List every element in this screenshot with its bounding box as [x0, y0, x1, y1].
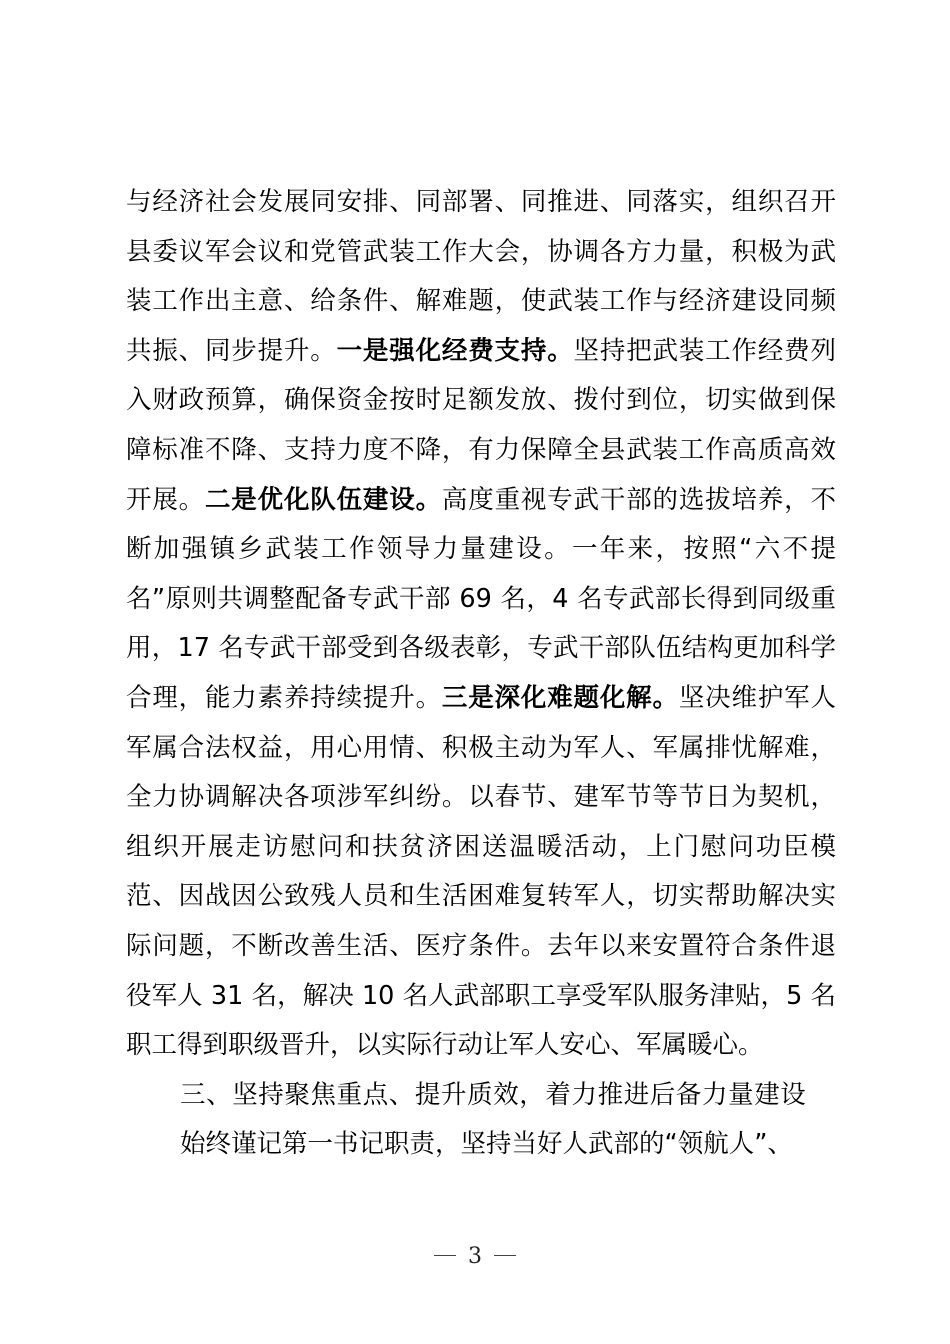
paragraph-line: 名”原则共调整配备专武干部 69 名，4 名专武部长得到同级重: [126, 575, 836, 625]
text-run: 开展。: [126, 485, 205, 515]
paragraph-line: 用，17 名专武干部受到各级表彰，专武干部队伍结构更加科学: [126, 624, 836, 674]
paragraph-line: 开展。二是优化队伍建设。高度重视专武干部的选拔培养，不: [126, 476, 836, 526]
paragraph-line: 断加强镇乡武装工作领导力量建设。一年来，按照“六不提: [126, 525, 836, 575]
bold-subheading-funding: 一是强化经费支持。: [337, 336, 574, 366]
text-run: 障标准不降、支持力度不降，有力保障全县武装工作高质高效: [126, 435, 836, 465]
dash-left: [434, 1255, 456, 1256]
paragraph-line: 障标准不降、支持力度不降，有力保障全县武装工作高质高效: [126, 426, 836, 476]
text-run: 范、因战因公致残人员和生活困难复转军人，切实帮助解决实: [126, 881, 836, 911]
text-run: 役军人 31 名，解决 10 名人武部职工享受军队服务津贴，5 名: [126, 981, 836, 1011]
paragraph-line: 全力协调解决各项涉军纠纷。以春节、建军节等节日为契机，: [126, 773, 836, 823]
paragraph-line: 入财政预算，确保资金按时足额发放、拨付到位，切实做到保: [126, 376, 836, 426]
text-run: 共振、同步提升。: [126, 336, 337, 366]
text-run: 名”原则共调整配备专武干部 69 名，4 名专武部长得到同级重: [126, 584, 836, 614]
section-heading: 三、坚持聚焦重点、提升质效，着力推进后备力量建设: [126, 1071, 836, 1121]
paragraph-line: 与经济社会发展同安排、同部署、同推进、同落实，组织召开: [126, 178, 836, 228]
paragraph-line: 合理，能力素养持续提升。三是深化难题化解。坚决维护军人: [126, 674, 836, 724]
text-run: 高度重视专武干部的选拔培养，不: [442, 485, 836, 515]
text-run: 组织开展走访慰问和扶贫济困送温暖活动，上门慰问功臣模: [126, 832, 836, 862]
page-number: 3: [468, 1244, 482, 1269]
text-run: 际问题，不断改善生活、医疗条件。去年以来安置符合条件退: [126, 931, 836, 961]
document-body: 与经济社会发展同安排、同部署、同推进、同落实，组织召开 县委议军会议和党管武装工…: [126, 178, 836, 1170]
paragraph-line: 始终谨记第一书记职责，坚持当好人武部的“领航人”、: [126, 1120, 836, 1170]
dash-right: [494, 1255, 516, 1256]
paragraph-line: 组织开展走访慰问和扶贫济困送温暖活动，上门慰问功臣模: [126, 823, 836, 873]
text-run: 坚决维护军人: [679, 683, 836, 713]
paragraph-line: 范、因战因公致残人员和生活困难复转军人，切实帮助解决实: [126, 872, 836, 922]
text-run: 入财政预算，确保资金按时足额发放、拨付到位，切实做到保: [126, 385, 836, 415]
text-run: 与经济社会发展同安排、同部署、同推进、同落实，组织召开: [126, 187, 836, 217]
paragraph-line: 役军人 31 名，解决 10 名人武部职工享受军队服务津贴，5 名: [126, 972, 836, 1022]
text-run: 装工作出主意、给条件、解难题，使武装工作与经济建设同频: [126, 286, 836, 316]
paragraph-line: 装工作出主意、给条件、解难题，使武装工作与经济建设同频: [126, 277, 836, 327]
text-run: 全力协调解决各项涉军纠纷。以春节、建军节等节日为契机，: [126, 782, 836, 812]
paragraph-line: 军属合法权益，用心用情、积极主动为军人、军属排忧解难，: [126, 724, 836, 774]
page-footer: 3: [0, 1244, 950, 1269]
paragraph-line: 际问题，不断改善生活、医疗条件。去年以来安置符合条件退: [126, 922, 836, 972]
text-run: 坚持把武装工作经费列: [574, 336, 836, 366]
document-page: 与经济社会发展同安排、同部署、同推进、同落实，组织召开 县委议军会议和党管武装工…: [0, 0, 950, 1344]
paragraph-line: 县委议军会议和党管武装工作大会，协调各方力量，积极为武: [126, 228, 836, 278]
text-run: 用，17 名专武干部受到各级表彰，专武干部队伍结构更加科学: [126, 633, 836, 663]
text-run: 合理，能力素养持续提升。: [126, 683, 442, 713]
text-run: 职工得到职级晋升，以实际行动让军人安心、军属暖心。: [126, 1030, 764, 1060]
paragraph-line: 共振、同步提升。一是强化经费支持。坚持把武装工作经费列: [126, 327, 836, 377]
bold-subheading-team: 二是优化队伍建设。: [205, 485, 442, 515]
text-run: 断加强镇乡武装工作领导力量建设。一年来，按照“六不提: [126, 534, 836, 564]
bold-subheading-problems: 三是深化难题化解。: [442, 683, 679, 713]
paragraph-line: 职工得到职级晋升，以实际行动让军人安心、军属暖心。: [126, 1021, 836, 1071]
text-run: 县委议军会议和党管武装工作大会，协调各方力量，积极为武: [126, 237, 836, 267]
text-run: 军属合法权益，用心用情、积极主动为军人、军属排忧解难，: [126, 733, 836, 763]
